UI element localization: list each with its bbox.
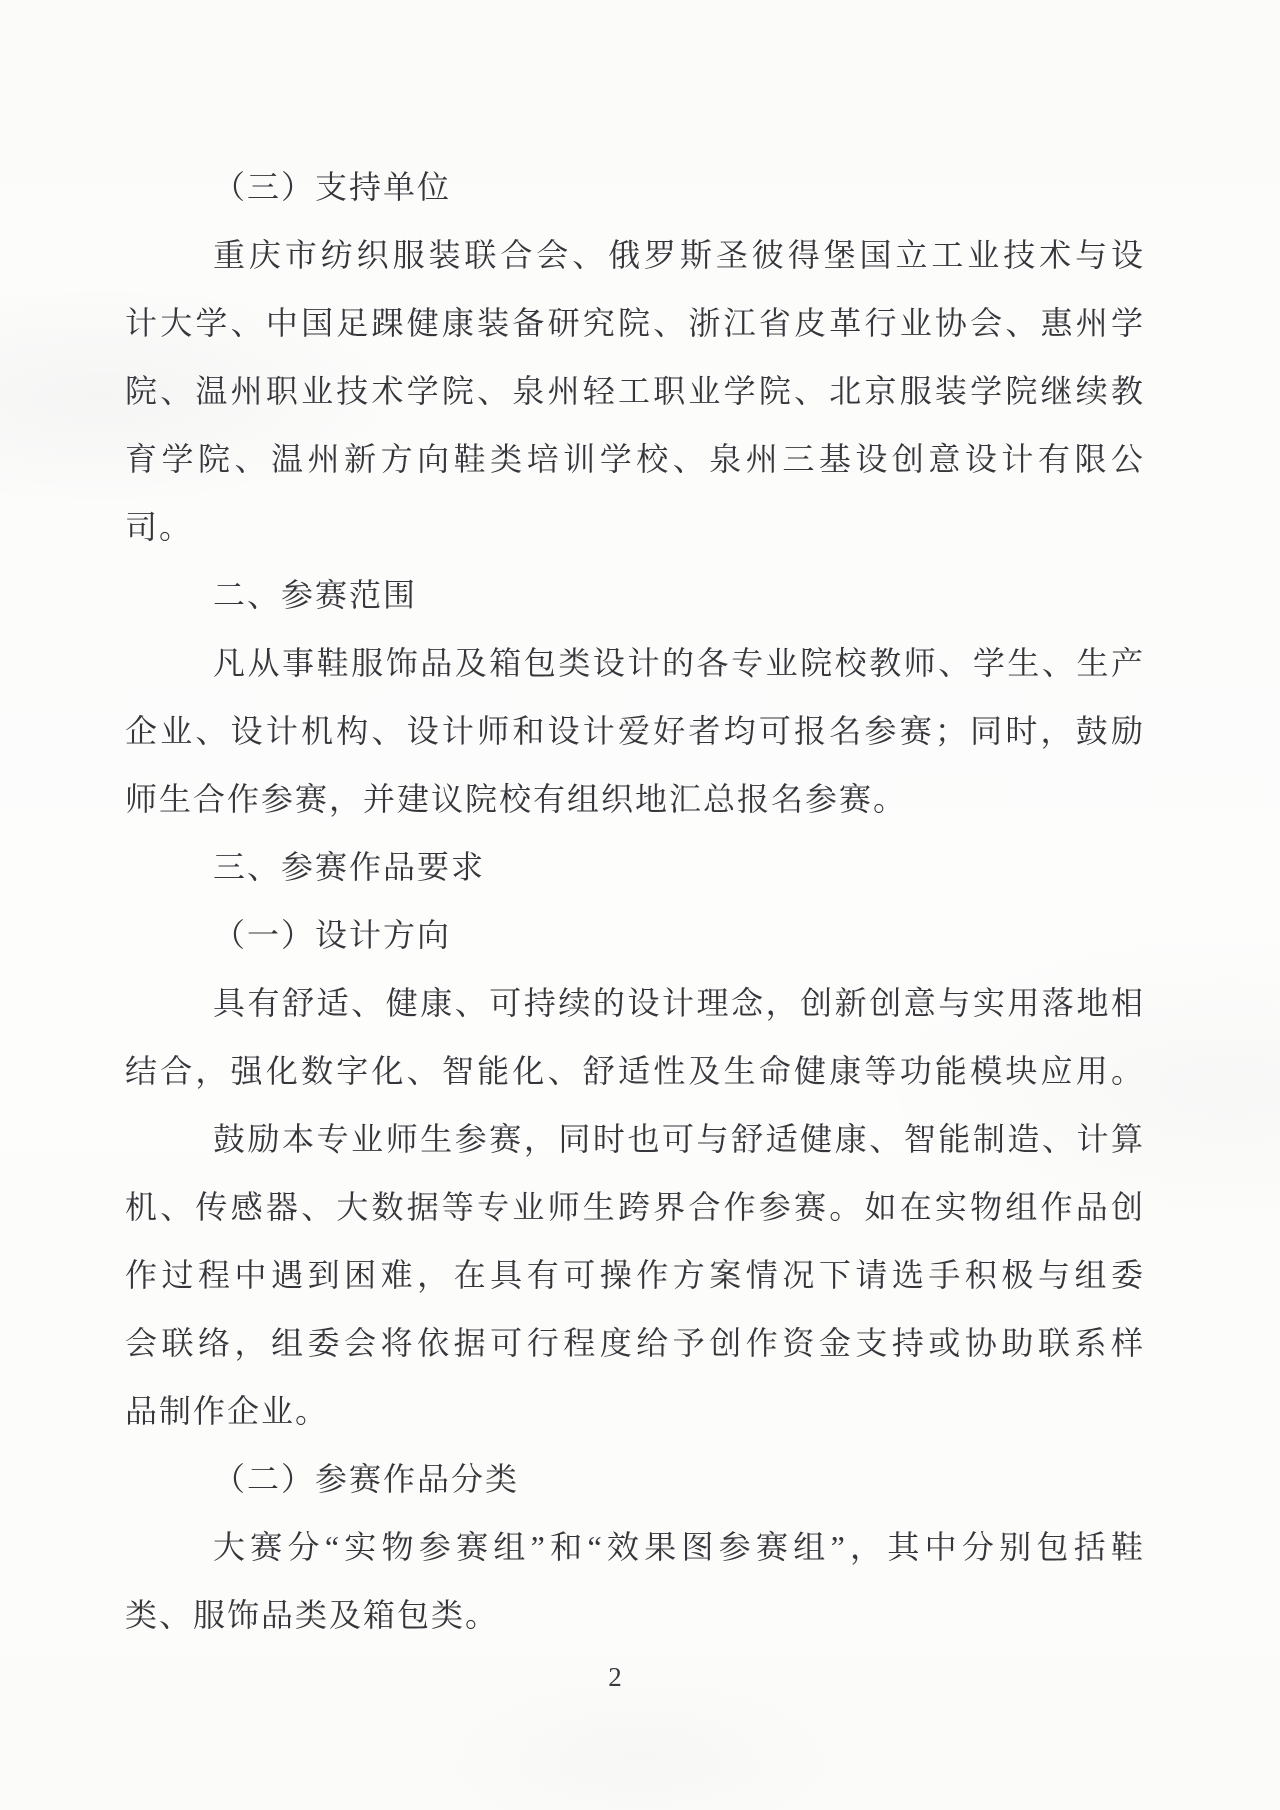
paragraph-line: 类、服饰品类及箱包类。 — [125, 1581, 1145, 1649]
paragraph-line: 作过程中遇到困难，在具有可操作方案情况下请选手积极与组委 — [125, 1241, 1145, 1309]
section-heading-entry-scope: 二、参赛范围 — [125, 561, 1145, 629]
paragraph-line: 重庆市纺织服装联合会、俄罗斯圣彼得堡国立工业技术与设 — [125, 221, 1145, 289]
paragraph-line: 大赛分“实物参赛组”和“效果图参赛组”，其中分别包括鞋 — [125, 1513, 1145, 1581]
paragraph-line: 院、温州职业技术学院、泉州轻工职业学院、北京服装学院继续教 — [125, 357, 1145, 425]
paragraph-line: 结合，强化数字化、智能化、舒适性及生命健康等功能模块应用。 — [125, 1037, 1145, 1105]
page-number: 2 — [480, 1652, 750, 1702]
paragraph-line: 具有舒适、健康、可持续的设计理念，创新创意与实用落地相 — [125, 969, 1145, 1037]
paragraph-line: 会联络，组委会将依据可行程度给予创作资金支持或协助联系样 — [125, 1309, 1145, 1377]
paragraph-line: 凡从事鞋服饰品及箱包类设计的各专业院校教师、学生、生产 — [125, 629, 1145, 697]
paragraph-line: 师生合作参赛，并建议院校有组织地汇总报名参赛。 — [125, 765, 1145, 833]
paragraph-line: 鼓励本专业师生参赛，同时也可与舒适健康、智能制造、计算 — [125, 1105, 1145, 1173]
subsection-heading-support-units: （三）支持单位 — [125, 153, 1145, 221]
paragraph-line: 计大学、中国足踝健康装备研究院、浙江省皮革行业协会、惠州学 — [125, 289, 1145, 357]
document-page: （三）支持单位 重庆市纺织服装联合会、俄罗斯圣彼得堡国立工业技术与设 计大学、中… — [0, 0, 1280, 1810]
paragraph-line: 司。 — [125, 493, 1145, 561]
paragraph-line: 企业、设计机构、设计师和设计爱好者均可报名参赛；同时，鼓励 — [125, 697, 1145, 765]
paragraph-line: 品制作企业。 — [125, 1377, 1145, 1445]
paragraph-line: 育学院、温州新方向鞋类培训学校、泉州三基设创意设计有限公 — [125, 425, 1145, 493]
paragraph-line: 机、传感器、大数据等专业师生跨界合作参赛。如在实物组作品创 — [125, 1173, 1145, 1241]
subsection-heading-entry-categories: （二）参赛作品分类 — [125, 1445, 1145, 1513]
section-heading-entry-requirements: 三、参赛作品要求 — [125, 833, 1145, 901]
subsection-heading-design-direction: （一）设计方向 — [125, 901, 1145, 969]
